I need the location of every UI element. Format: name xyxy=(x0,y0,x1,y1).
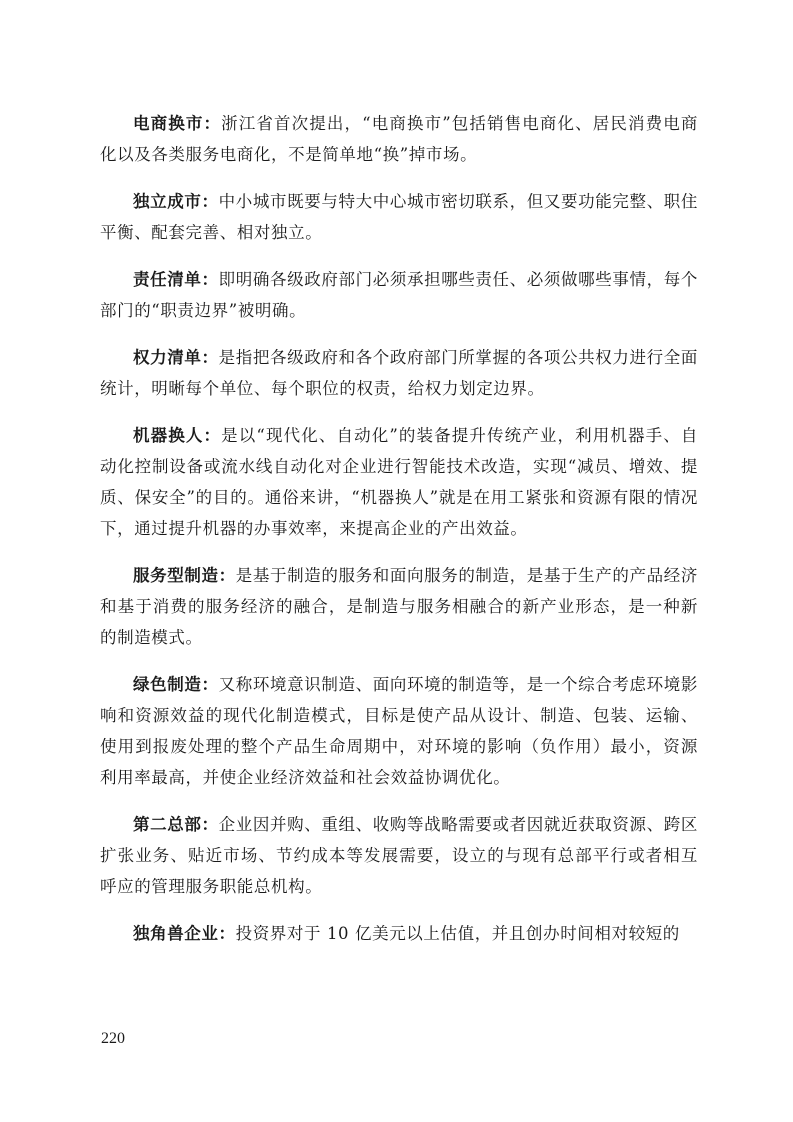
entry-quanli-qingdan: 权力清单：是指把各级政府和各个政府部门所掌握的各项公共权力进行全面统计，明晰每个… xyxy=(100,342,698,404)
entry-term: 独角兽企业： xyxy=(133,924,236,943)
entry-term: 责任清单： xyxy=(133,270,219,289)
page-number: 220 xyxy=(101,1030,125,1048)
entry-lvse-zhizao: 绿色制造：又称环境意识制造、面向环境的制造等，是一个综合考虑环境影响和资源效益的… xyxy=(100,669,698,793)
entry-term: 服务型制造： xyxy=(133,566,236,585)
entry-term: 机器换人： xyxy=(133,426,221,445)
entry-zeren-qingdan: 责任清单：即明确各级政府部门必须承担哪些责任、必须做哪些事情，每个部门的“职责边… xyxy=(100,264,698,326)
entry-dujiaoshou-qiye: 独角兽企业：投资界对于 10 亿美元以上估值，并且创办时间相对较短的 xyxy=(100,918,698,949)
entry-term: 独立成市： xyxy=(133,192,219,211)
entry-dianshang-huanshi: 电商换市：浙江省首次提出，“电商换市”包括销售电商化、居民消费电商化以及各类服务… xyxy=(100,108,698,170)
entry-fuwuxing-zhizao: 服务型制造：是基于制造的服务和面向服务的制造，是基于生产的产品经济和基于消费的服… xyxy=(100,560,698,653)
document-body: 电商换市：浙江省首次提出，“电商换市”包括销售电商化、居民消费电商化以及各类服务… xyxy=(100,108,698,965)
entry-term: 电商换市： xyxy=(133,114,221,133)
entry-term: 权力清单： xyxy=(133,348,219,367)
entry-term: 绿色制造： xyxy=(133,675,219,694)
entry-jiqi-huanren: 机器换人：是以“现代化、自动化”的装备提升传统产业，利用机器手、自动化控制设备或… xyxy=(100,420,698,544)
entry-term: 第二总部： xyxy=(133,815,219,834)
entry-text: 投资界对于 10 亿美元以上估值，并且创办时间相对较短的 xyxy=(236,924,680,943)
entry-dier-zongbu: 第二总部：企业因并购、重组、收购等战略需要或者因就近获取资源、跨区扩张业务、贴近… xyxy=(100,809,698,902)
entry-duli-chengshi: 独立成市：中小城市既要与特大中心城市密切联系，但又要功能完整、职住平衡、配套完善… xyxy=(100,186,698,248)
